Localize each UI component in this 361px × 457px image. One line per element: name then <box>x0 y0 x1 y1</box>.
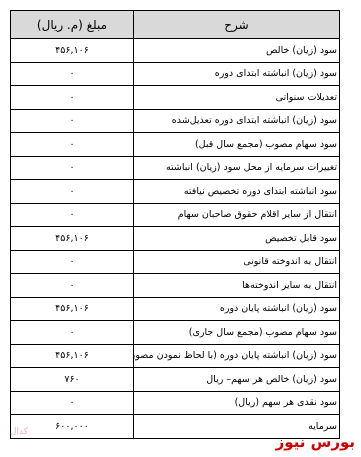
table-row: سود قابل تخصیص۴۵۶,۱۰۶ <box>11 227 340 251</box>
row-amount: ۰ <box>11 109 134 133</box>
table-row: سود سهام مصوب (مجمع سال جاری)۰ <box>11 321 340 345</box>
row-description: تعدیلات سنواتی <box>134 86 340 110</box>
table-row: سود (زیان) انباشته ابتدای دوره۰ <box>11 62 340 86</box>
retained-earnings-table: شرح مبلغ (م. ریال) سود (زیان) خالص۴۵۶,۱۰… <box>10 10 340 439</box>
table-row: سود (زیان) انباشته ابتدای دوره تعدیل‌شده… <box>11 109 340 133</box>
row-description: تغییرات سرمایه از محل سود (زیان) انباشته <box>134 156 340 180</box>
row-amount: ۴۵۶,۱۰۶ <box>11 227 134 251</box>
row-description: سود (زیان) خالص <box>134 39 340 63</box>
table-row: تغییرات سرمایه از محل سود (زیان) انباشته… <box>11 156 340 180</box>
table-row: انتقال به اندوخته قانونی۰ <box>11 250 340 274</box>
row-description: سود (زیان) انباشته پایان دوره <box>134 297 340 321</box>
row-amount: ۰ <box>11 274 134 298</box>
table-row: انتقال به سایر اندوخته‌ها۰ <box>11 274 340 298</box>
table-row: سود سهام مصوب (مجمع سال قبل)۰ <box>11 133 340 157</box>
row-amount: ۰ <box>11 250 134 274</box>
table-row: سود (زیان) خالص هر سهم– ریال۷۶۰ <box>11 368 340 392</box>
row-amount: ۰ <box>11 180 134 204</box>
row-amount: ۰ <box>11 391 134 415</box>
row-description: سود سهام مصوب (مجمع سال قبل) <box>134 133 340 157</box>
table-row: انتقال از سایر اقلام حقوق صاحبان سهام۰ <box>11 203 340 227</box>
boursenews-watermark: بورس نیوز <box>276 433 355 451</box>
row-amount: ۰ <box>11 156 134 180</box>
row-description: سود (زیان) انباشته ابتدای دوره تعدیل‌شده <box>134 109 340 133</box>
row-amount: ۷۶۰ <box>11 368 134 392</box>
row-description: سود سهام مصوب (مجمع سال جاری) <box>134 321 340 345</box>
row-amount: ۰ <box>11 203 134 227</box>
row-amount: ۴۵۶,۱۰۶ <box>11 297 134 321</box>
row-amount: ۴۵۶,۱۰۶ <box>11 39 134 63</box>
table-row: سود (زیان) انباشته پایان دوره۴۵۶,۱۰۶ <box>11 297 340 321</box>
table-header-row: شرح مبلغ (م. ریال) <box>11 11 340 39</box>
row-amount: ۰ <box>11 86 134 110</box>
row-description: سود (زیان) انباشته پایان دوره (با لحاظ ن… <box>134 344 340 368</box>
header-amount: مبلغ (م. ریال) <box>11 11 134 39</box>
row-description: سود انباشته ابتدای دوره تخصیص نیافته <box>134 180 340 204</box>
row-description: انتقال به اندوخته قانونی <box>134 250 340 274</box>
row-amount: ۰ <box>11 62 134 86</box>
table-row: سود انباشته ابتدای دوره تخصیص نیافته۰ <box>11 180 340 204</box>
row-amount: ۰ <box>11 133 134 157</box>
row-description: انتقال از سایر اقلام حقوق صاحبان سهام <box>134 203 340 227</box>
table-row: سود (زیان) انباشته پایان دوره (با لحاظ ن… <box>11 344 340 368</box>
row-description: سود نقدی هر سهم (ریال) <box>134 391 340 415</box>
table-row: سود نقدی هر سهم (ریال)۰ <box>11 391 340 415</box>
row-description: سود (زیان) انباشته ابتدای دوره <box>134 62 340 86</box>
row-description: سود قابل تخصیص <box>134 227 340 251</box>
table-row: سود (زیان) خالص۴۵۶,۱۰۶ <box>11 39 340 63</box>
row-description: سود (زیان) خالص هر سهم– ریال <box>134 368 340 392</box>
table-row: تعدیلات سنواتی۰ <box>11 86 340 110</box>
row-amount: ۰ <box>11 321 134 345</box>
row-description: انتقال به سایر اندوخته‌ها <box>134 274 340 298</box>
row-amount: ۴۵۶,۱۰۶ <box>11 344 134 368</box>
header-description: شرح <box>134 11 340 39</box>
codal-watermark-logo: کدال <box>10 427 32 439</box>
